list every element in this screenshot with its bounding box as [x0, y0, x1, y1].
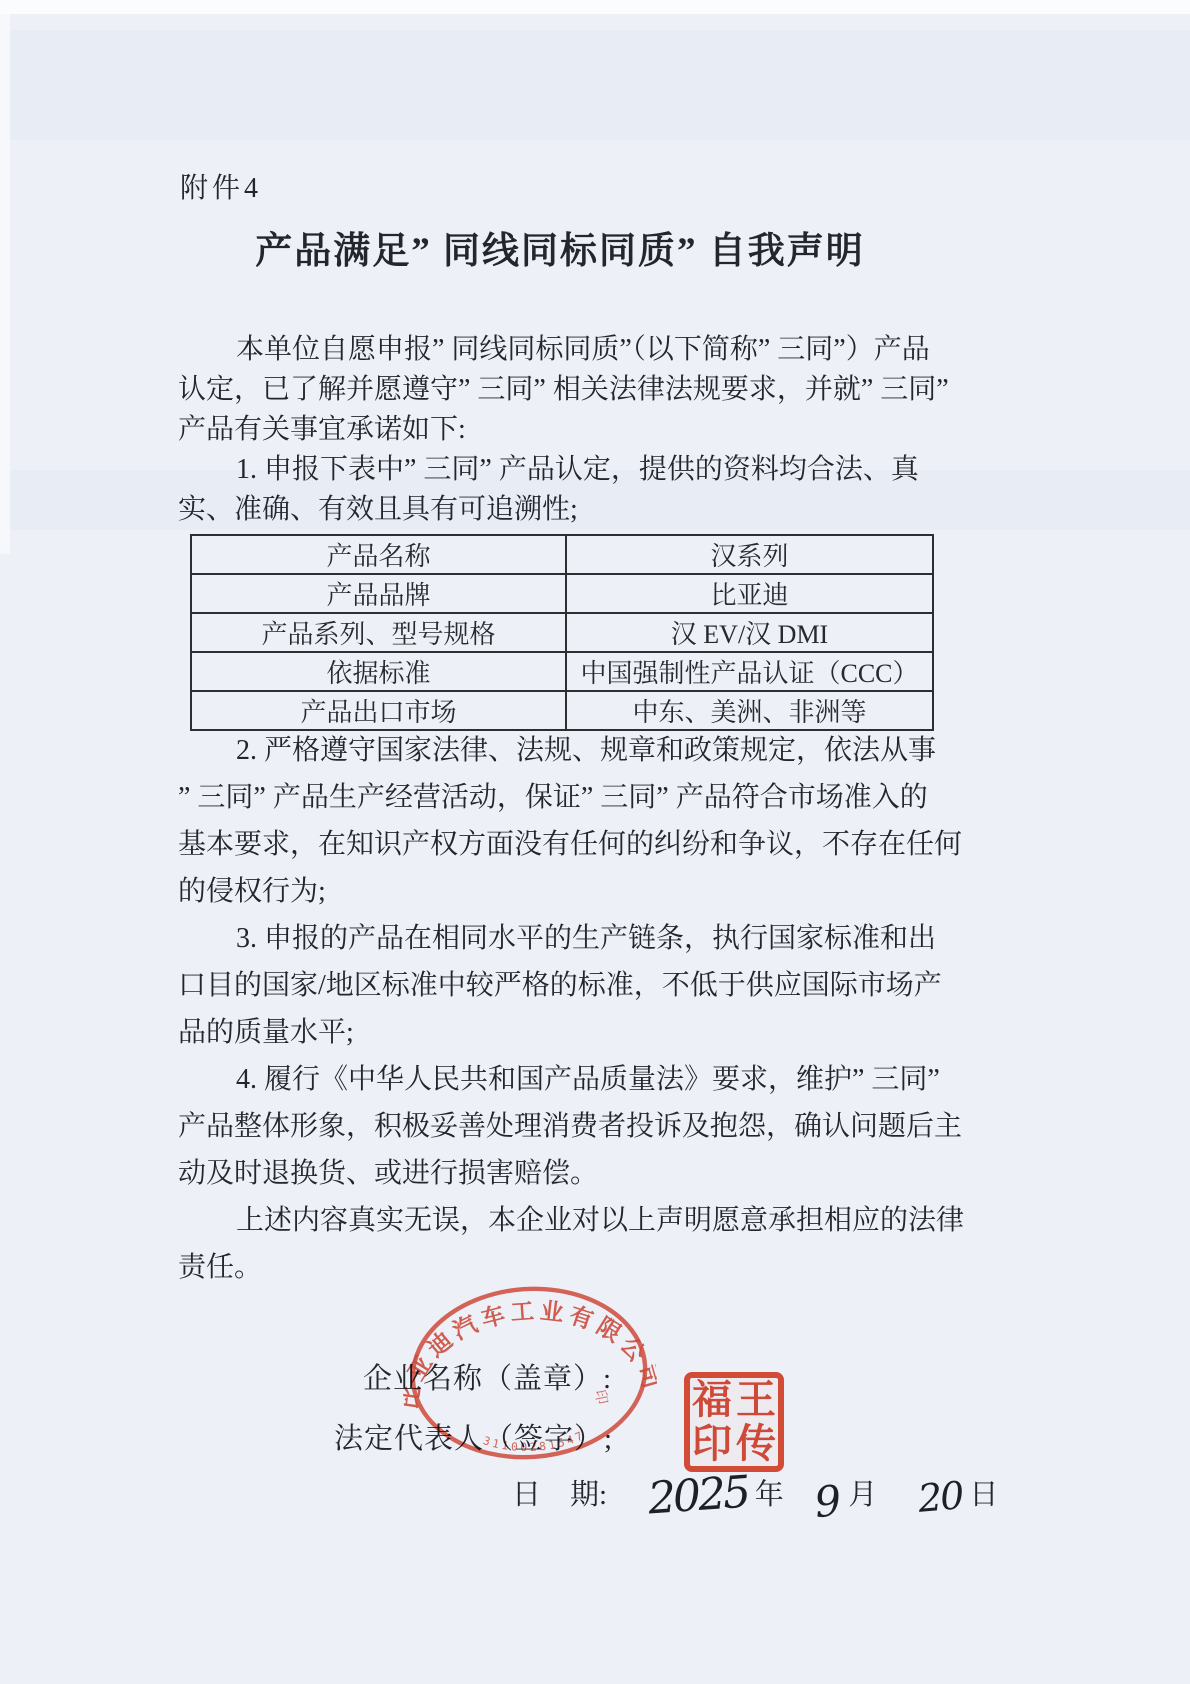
paragraph-line: ” 三同” 产品生产经营活动，保证” 三同” 产品符合市场准入的 — [178, 774, 1038, 821]
scan-edge-top — [0, 0, 1190, 14]
paragraph-line: 的侵权行为; — [178, 868, 1038, 915]
table-row: 产品名称 汉系列 — [191, 535, 933, 574]
table-cell-value: 比亚迪 — [566, 574, 933, 613]
seal-char-bottom-left: 印 — [690, 1422, 734, 1466]
paragraph-line: 4. 履行《中华人民共和国产品质量法》要求，维护” 三同” — [178, 1056, 1038, 1103]
date-line: 日 期: 2025 年 9 月 20 日 — [512, 1472, 998, 1518]
table-row: 产品品牌 比亚迪 — [191, 574, 933, 613]
handwritten-month: 9 — [813, 1480, 844, 1525]
table-row: 依据标准 中国强制性产品认证（CCC） — [191, 652, 933, 691]
attachment-label: 附件4 — [180, 166, 262, 206]
handwritten-day: 20 — [916, 1476, 964, 1518]
table-row: 产品出口市场 中东、美洲、非洲等 — [191, 691, 933, 730]
paragraph-line: 口目的国家/地区标准中较严格的标准，不低于供应国际市场产 — [178, 962, 1038, 1009]
company-seal-text: 比亚迪汽车工业有限公司 — [396, 1289, 662, 1413]
table-cell-label: 产品品牌 — [191, 574, 566, 613]
seal-char-bottom-right: 传 — [734, 1422, 778, 1466]
table-cell-value: 汉系列 — [566, 535, 933, 574]
paragraph-line: 上述内容真实无误，本企业对以上声明愿意承担相应的法律 — [178, 1197, 1038, 1244]
seal-char-top-right: 王 — [734, 1378, 778, 1422]
table-cell-label: 产品名称 — [191, 535, 566, 574]
paragraph-line: 实、准确、有效且具有可追溯性; — [178, 490, 1038, 530]
table-cell-label: 产品出口市场 — [191, 691, 566, 730]
month-unit: 月 — [848, 1479, 877, 1511]
table-cell-label: 依据标准 — [191, 652, 566, 691]
body-text-lower: 2. 严格遵守国家法律、法规、规章和政策规定，依法从事 ” 三同” 产品生产经营… — [178, 727, 1038, 1291]
table-cell-value: 中国强制性产品认证（CCC） — [566, 652, 933, 691]
table-cell-label: 产品系列、型号规格 — [191, 613, 566, 652]
personal-square-seal-stamp: 福 王 印 传 — [684, 1372, 784, 1472]
handwritten-year: 2025 — [646, 1471, 749, 1522]
paragraph-line: 产品有关事宜承诺如下: — [178, 410, 1038, 450]
paragraph-line: 1. 申报下表中” 三同” 产品认定，提供的资料均合法、真 — [178, 450, 1038, 490]
seal-char-top-left: 福 — [690, 1378, 734, 1422]
paragraph-line: 品的质量水平; — [178, 1009, 1038, 1056]
svg-text:比亚迪汽车工业有限公司: 比亚迪汽车工业有限公司 — [396, 1289, 662, 1413]
product-declaration-table: 产品名称 汉系列 产品品牌 比亚迪 产品系列、型号规格 汉 EV/汉 DMI 依… — [190, 534, 934, 731]
body-text-upper: 本单位自愿申报” 同线同标同质”（以下简称” 三同”）产品 认定，已了解并愿遵守… — [178, 330, 1038, 530]
day-unit: 日 — [969, 1479, 998, 1511]
company-seal-inner-mark: 印 — [591, 1388, 611, 1406]
page-title: 产品满足” 同线同标同质” 自我声明 — [120, 220, 1000, 274]
table-row: 产品系列、型号规格 汉 EV/汉 DMI — [191, 613, 933, 652]
paragraph-line: 认定，已了解并愿遵守” 三同” 相关法律法规要求，并就” 三同” — [178, 370, 1038, 410]
paragraph-line: 基本要求，在知识产权方面没有任何的纠纷和争议，不存在任何 — [178, 821, 1038, 868]
paragraph-line: 产品整体形象，积极妥善处理消费者投诉及抱怨，确认问题后主 — [178, 1103, 1038, 1150]
scan-edge-left — [0, 14, 10, 554]
paragraph-line: 动及时退换货、或进行损害赔偿。 — [178, 1150, 1038, 1197]
paragraph-line: 3. 申报的产品在相同水平的生产链条，执行国家标准和出 — [178, 915, 1038, 962]
table-cell-value: 中东、美洲、非洲等 — [566, 691, 933, 730]
paragraph-line: 本单位自愿申报” 同线同标同质”（以下简称” 三同”）产品 — [178, 330, 1038, 370]
scan-artifact-band — [0, 30, 1190, 140]
year-unit: 年 — [755, 1479, 784, 1511]
date-label: 日 期: — [512, 1479, 607, 1511]
company-oval-seal-stamp: 比亚迪汽车工业有限公司 31100281547 印 — [396, 1271, 662, 1474]
table-cell-value: 汉 EV/汉 DMI — [566, 613, 933, 652]
paragraph-line: 2. 严格遵守国家法律、法规、规章和政策规定，依法从事 — [178, 727, 1038, 774]
